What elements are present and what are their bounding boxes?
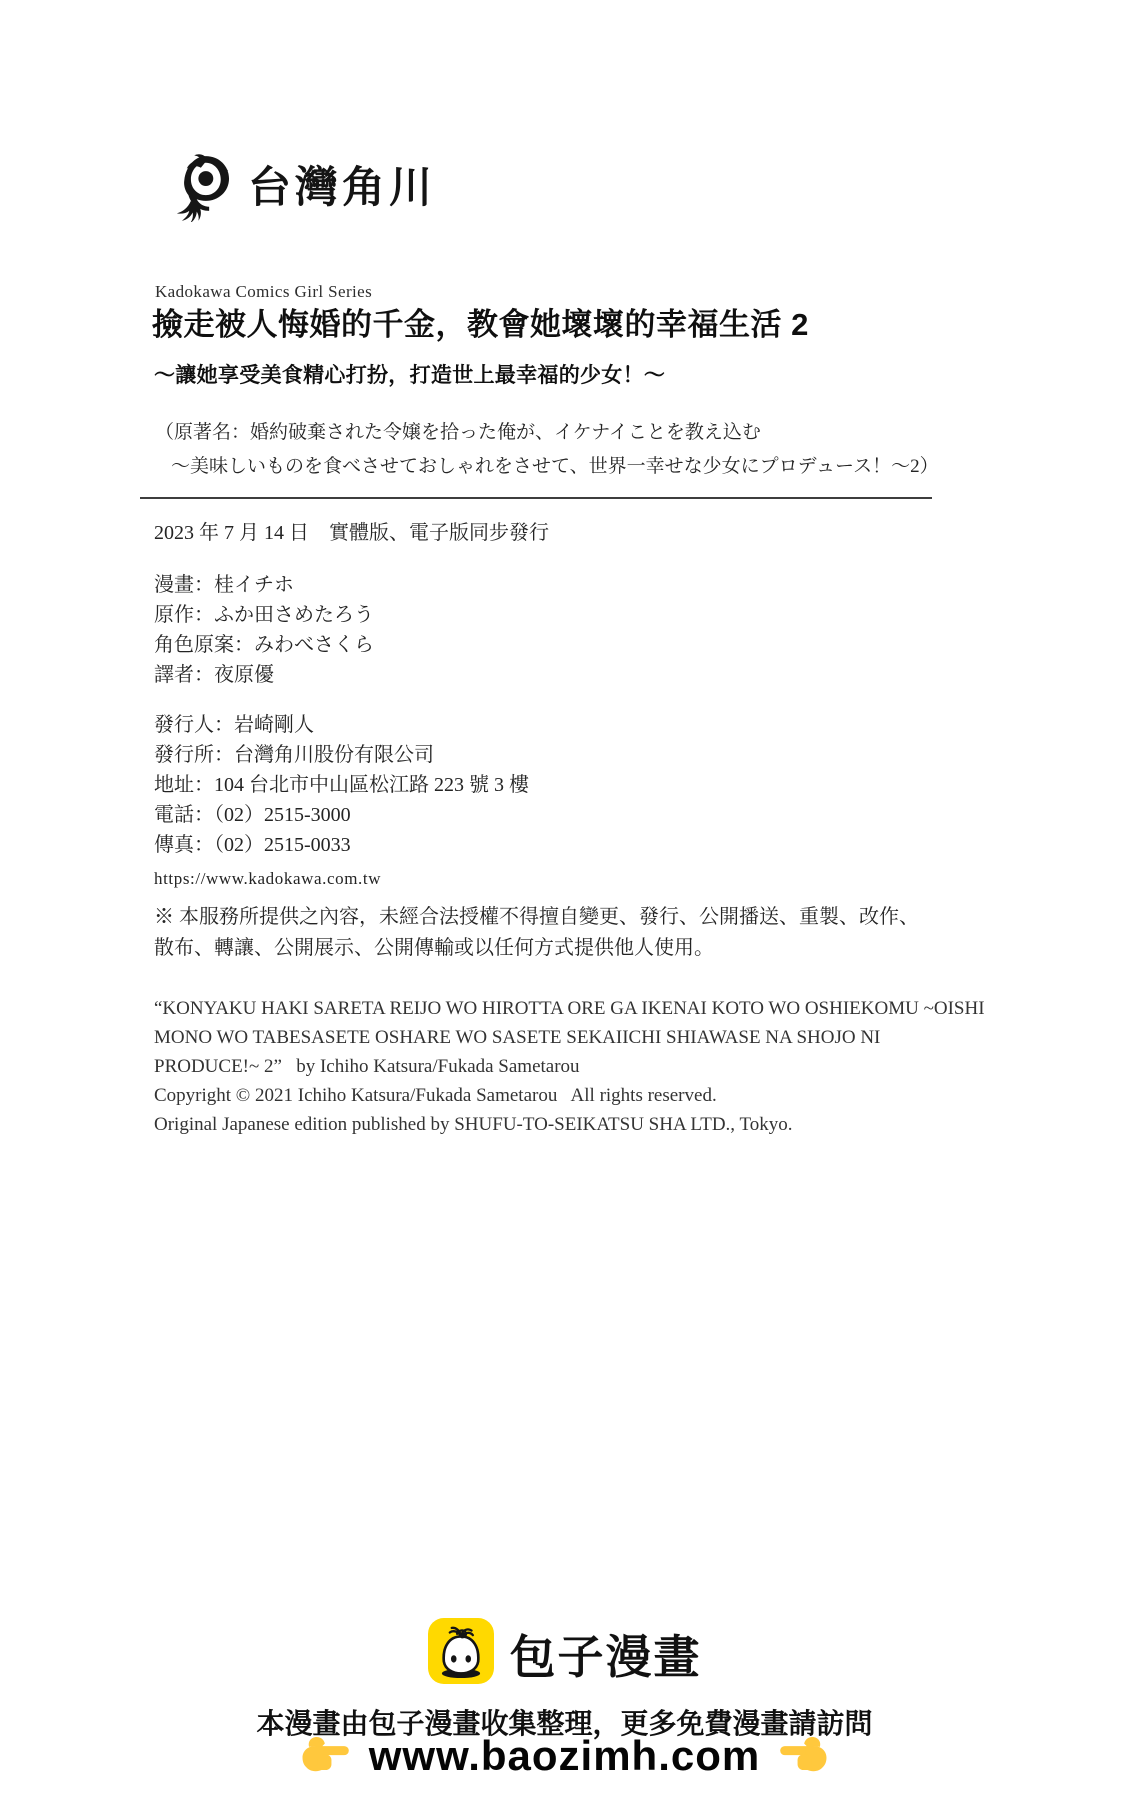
publisher-line-address: 地址：104 台北市中山區松江路 223 號 3 樓 bbox=[154, 770, 529, 800]
pointing-left-icon bbox=[778, 1737, 832, 1775]
copyright-line4: Copyright © 2021 Ichiho Katsura/Fukada S… bbox=[154, 1081, 985, 1110]
publisher-line-phone: 電話：（02）2515-3000 bbox=[154, 800, 529, 830]
publisher-line-fax: 傳真：（02）2515-0033 bbox=[154, 830, 529, 860]
kadokawa-phoenix-icon bbox=[176, 150, 234, 227]
credit-line-original: 原作：ふか田さめたろう bbox=[154, 600, 374, 630]
colophon-page: 台灣角川 Kadokawa Comics Girl Series 撿走被人悔婚的… bbox=[0, 0, 1129, 1800]
credit-line-character: 角色原案：みわべさくら bbox=[154, 630, 374, 660]
publisher-line-company: 發行所：台灣角川股份有限公司 bbox=[154, 740, 529, 770]
publisher-line-issuer: 發行人：岩崎剛人 bbox=[154, 710, 529, 740]
credit-line-translator: 譯者：夜原優 bbox=[154, 660, 374, 690]
copyright-line3: PRODUCE!~ 2” by Ichiho Katsura/Fukada Sa… bbox=[154, 1052, 985, 1081]
copyright-line2: MONO WO TABESASETE OSHARE WO SASETE SEKA… bbox=[154, 1023, 985, 1052]
footer-url-row: www.baozimh.com bbox=[0, 1732, 1129, 1780]
publisher-url: https://www.kadokawa.com.tw bbox=[154, 860, 529, 894]
legal-notice-line2: 散布、轉讓、公開展示、公開傳輸或以任何方式提供他人使用。 bbox=[154, 933, 919, 964]
legal-notice: ※ 本服務所提供之內容，未經合法授權不得擅自變更、發行、公開播送、重製、改作、 … bbox=[154, 902, 919, 964]
original-title-line2: ～美味しいものを食べさせておしゃれをさせて、世界一幸せな少女にプロデュース！～2… bbox=[155, 450, 939, 484]
kadokawa-brand-text: 台灣角川 bbox=[248, 167, 436, 210]
footer-url: www.baozimh.com bbox=[369, 1732, 760, 1780]
credits-block: 漫畫：桂イチホ 原作：ふか田さめたろう 角色原案：みわべさくら 譯者：夜原優 bbox=[154, 570, 374, 690]
baozi-bun-icon bbox=[428, 1618, 494, 1689]
legal-notice-line1: ※ 本服務所提供之內容，未經合法授權不得擅自變更、發行、公開播送、重製、改作、 bbox=[154, 902, 919, 933]
original-title-note: （原著名：婚約破棄された令嬢を拾った俺が、イケナイことを教え込む ～美味しいもの… bbox=[155, 416, 939, 484]
baozi-brand-text: 包子漫畫 bbox=[510, 1621, 702, 1687]
publisher-block: 發行人：岩崎剛人 發行所：台灣角川股份有限公司 地址：104 台北市中山區松江路… bbox=[154, 710, 529, 894]
book-subtitle: ～讓她享受美食精心打扮，打造世上最幸福的少女！～ bbox=[154, 359, 665, 389]
book-title: 撿走被人悔婚的千金，教會她壞壞的幸福生活 2 bbox=[152, 306, 809, 345]
release-date: 2023 年 7 月 14 日 實體版、電子版同步發行 bbox=[154, 516, 549, 545]
original-title-line1: （原著名：婚約破棄された令嬢を拾った俺が、イケナイことを教え込む bbox=[155, 416, 939, 450]
credit-line-manga: 漫畫：桂イチホ bbox=[154, 570, 374, 600]
copyright-block: “KONYAKU HAKI SARETA REIJO WO HIROTTA OR… bbox=[154, 994, 985, 1139]
copyright-line5: Original Japanese edition published by S… bbox=[154, 1110, 985, 1139]
baozi-logo: 包子漫畫 bbox=[0, 1618, 1129, 1689]
pointing-right-icon bbox=[297, 1737, 351, 1775]
kadokawa-logo: 台灣角川 bbox=[176, 150, 436, 227]
series-label: Kadokawa Comics Girl Series bbox=[155, 282, 372, 302]
copyright-line1: “KONYAKU HAKI SARETA REIJO WO HIROTTA OR… bbox=[154, 994, 985, 1023]
divider-rule bbox=[140, 497, 932, 499]
